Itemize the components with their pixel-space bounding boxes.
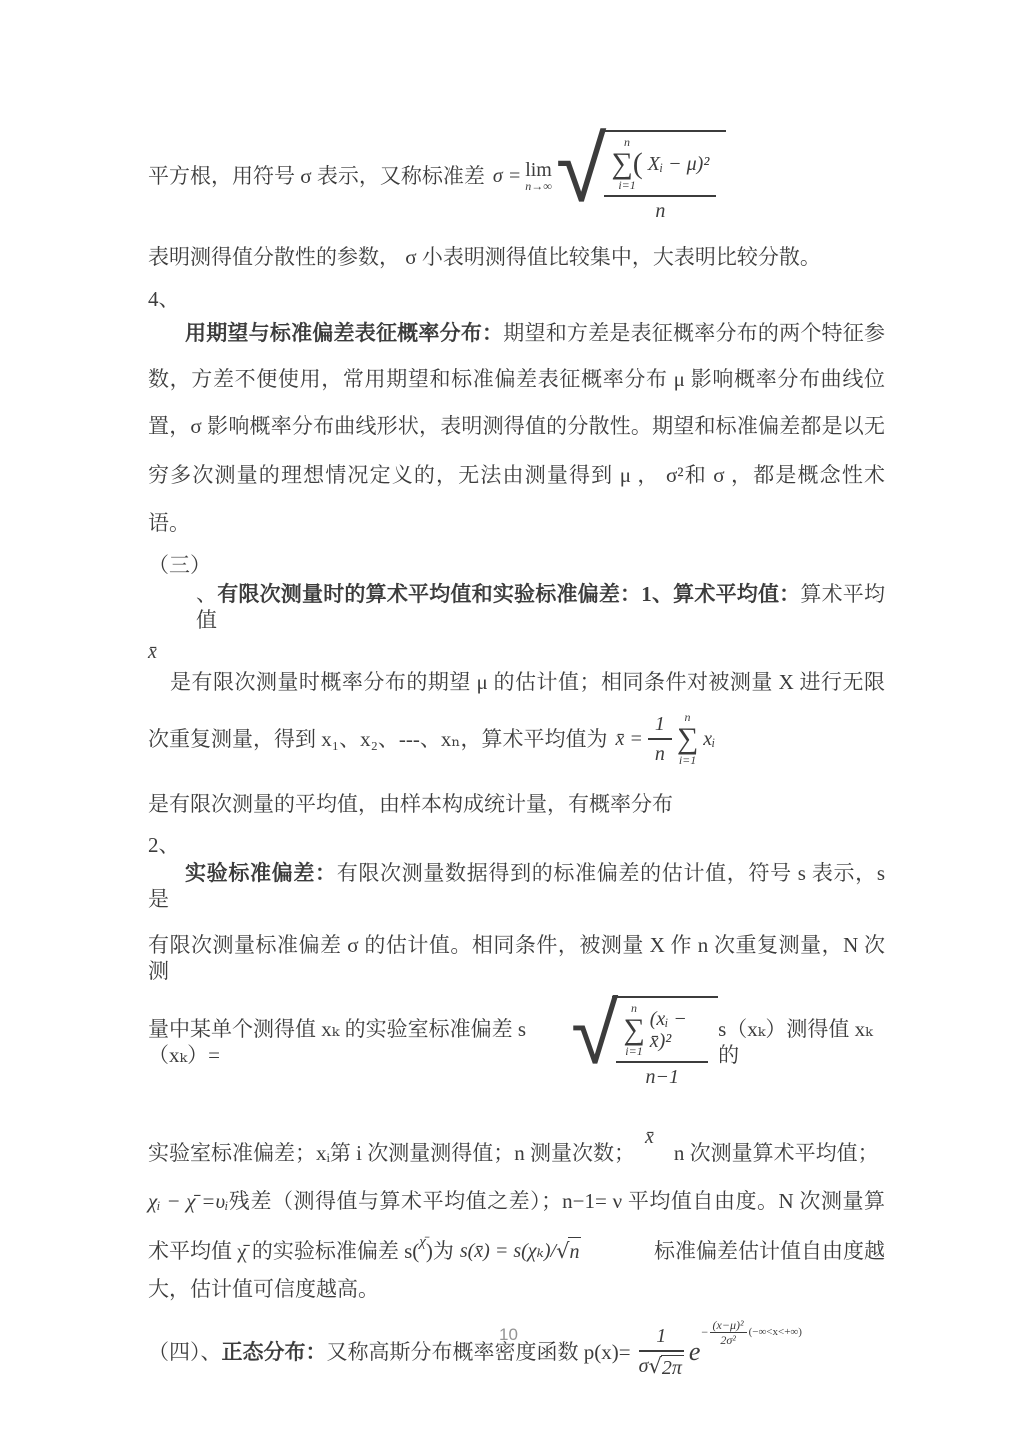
sum-lower-limit: i=1: [679, 754, 696, 767]
heading-bold: 用期望与标准偏差表征概率分布：: [185, 321, 503, 345]
line-paragraph: 置，σ 影响概率分布曲线形状，表明测得值的分散性。期望和标准偏差都是以无: [148, 413, 885, 439]
line-paragraph: 是有限次测量时概率分布的期望 μ 的估计值；相同条件对被测量 X 进行无限: [148, 669, 885, 695]
xbar-raised-symbol: x̄: [645, 1124, 654, 1150]
text-run: 是有限次测量的平均值，由样本构成统计量，有概率分布: [148, 792, 673, 816]
text-run: n 次测量算术平均值；: [674, 1140, 879, 1166]
lim-subscript: n→∞: [525, 180, 552, 192]
formula-lhs: x̄ =: [615, 726, 642, 752]
line-exp-std-heading: 实验标准偏差：有限次测量数据得到的标准偏差的估计值，符号 s 表示，s 是: [148, 860, 885, 912]
list-number: 2、: [148, 833, 180, 857]
text-run: )为: [426, 1238, 454, 1264]
line-sqrt-definition: 平方根，用符号 σ 表示，又称标准差 σ = lim n→∞ √ n ∑: [148, 120, 885, 232]
page-number: 10: [0, 1325, 1017, 1345]
list-number: 4、: [148, 287, 180, 311]
sum-lower-limit: i=1: [618, 179, 635, 192]
radical-sign-icon: √: [571, 996, 618, 1072]
sigma-symbol: σ: [639, 1355, 649, 1379]
chibar-superscript: χ̄: [419, 1229, 426, 1255]
radicand: n: [568, 1237, 581, 1265]
text-run: 语。: [148, 511, 190, 535]
fraction-denominator: σ √ 2π: [639, 1350, 684, 1379]
formula-mean-std: s(x̄) = s(χₖ)/ √ n: [460, 1237, 582, 1265]
sum-argument: xᵢ: [703, 726, 715, 752]
text-run: 表明测得值分散性的参数， σ 小表明测得值比较集中，大表明比较分散。: [148, 245, 821, 269]
fraction-denominator: n: [648, 738, 672, 765]
text-run: 次重复测量，得到 x₁、x₂、---、xₙ，算术平均值为: [148, 726, 607, 752]
text-run: 穷多次测量的理想情况定义的，无法由测量得到 μ ， σ²和 σ ，都是概念性术: [148, 463, 885, 487]
fraction-numerator: 1: [648, 713, 672, 738]
radicand: 2π: [661, 1355, 684, 1379]
fraction: n ∑ i=1 (xᵢ − x̄)² n−1: [616, 1002, 708, 1088]
radicand: n ∑( i=1 Xᵢ − μ)² n: [600, 130, 726, 222]
formula-experimental-std: √ n ∑ i=1 (xᵢ − x̄)² n−1: [571, 996, 718, 1088]
text-run: 实验室标准偏差；xᵢ第 i 次测量测得值；n 测量次数；: [148, 1140, 635, 1166]
formula-lhs: σ =: [493, 163, 521, 189]
section-number: （三）: [148, 553, 211, 577]
residual-math: χᵢ − χ̄ =υᵢ: [148, 1189, 228, 1213]
sigma-icon: ∑: [623, 1015, 644, 1045]
summation-operator: n ∑( i=1: [611, 136, 642, 192]
line-expectation-heading: 用期望与标准偏差表征概率分布：期望和方差是表征概率分布的两个特征参: [148, 320, 885, 346]
text-run: 大，估计值可信度越高。: [148, 1277, 379, 1301]
summation-operator: n ∑ i=1: [623, 1002, 644, 1058]
line-sxk-formula: 量中某单个测得值 xₖ 的实验室标准偏差 s（xₖ）= √ n ∑ i=1: [148, 996, 885, 1088]
line-paragraph: 数，方差不便使用，常用期望和标准偏差表征概率分布 μ 影响概率分布曲线位: [148, 366, 885, 392]
text-run: 数，方差不便使用，常用期望和标准偏差表征概率分布 μ 影响概率分布曲线位: [148, 367, 885, 391]
text-run: 有限次测量标准偏差 σ 的估计值。相同条件，被测量 X 作 n 次重复测量，N …: [148, 933, 885, 983]
radicand: n ∑ i=1 (xᵢ − x̄)² n−1: [612, 996, 718, 1088]
line-xbar-symbol: x̄: [148, 639, 885, 669]
line-mean-std-formula: 术平均值 χ̄ 的实验标准偏差 s( χ̄ )为 s(x̄) = s(χₖ)/ …: [148, 1228, 885, 1274]
radical: √ n ∑ i=1 (xᵢ − x̄)² n−1: [571, 996, 718, 1088]
line-arithmetic-mean-heading: 、有限次测量时的算术平均值和实验标准偏差：1、算术平均值：算术平均值: [148, 581, 885, 633]
text-run: s（xₖ）测得值 xₖ 的: [718, 1016, 885, 1068]
radical-sign-icon: √: [556, 1238, 569, 1264]
sum-argument: Xᵢ − μ)²: [648, 153, 710, 175]
formula-arithmetic-mean: x̄ = 1 n n ∑ i=1 xᵢ: [615, 711, 715, 767]
fraction-denominator: n−1: [616, 1061, 708, 1088]
fraction-numerator: n ∑( i=1 Xᵢ − μ)²: [604, 136, 716, 195]
line-item-2: 2、: [148, 832, 885, 858]
line-paragraph: 穷多次测量的理想情况定义的，无法由测量得到 μ ， σ²和 σ ，都是概念性术: [148, 462, 885, 488]
radical-sign-icon: √: [648, 1355, 661, 1379]
line-residual-definition: χᵢ − χ̄ =υᵢ残差（测得值与算术平均值之差）；n−1= ν 平均值自由度…: [148, 1188, 885, 1214]
radical-sign-icon: √: [556, 130, 607, 210]
text-run: 标准偏差估计值自由度越: [654, 1238, 885, 1264]
document-content: 平方根，用符号 σ 表示，又称标准差 σ = lim n→∞ √ n ∑: [148, 0, 885, 1386]
formula-standard-deviation-limit: σ = lim n→∞ √ n ∑( i=1: [493, 130, 727, 222]
line-symbol-definitions: 实验室标准偏差；xᵢ第 i 次测量测得值；n 测量次数； x̄ n 次测量算术平…: [148, 1118, 885, 1166]
line-section-three: （三）: [148, 552, 885, 578]
fraction-denominator: n: [604, 195, 716, 222]
sum-lower-limit: i=1: [625, 1045, 642, 1058]
text-run: 平方根，用符号 σ 表示，又称标准差: [148, 163, 485, 189]
text-run: 置，σ 影响概率分布曲线形状，表明测得值的分散性。期望和标准偏差都是以无: [148, 414, 885, 438]
limit-operator: lim n→∞: [525, 160, 552, 192]
heading-bold: 有限次测量时的算术平均值和实验标准偏差：1、算术平均值：: [217, 582, 800, 606]
line-paragraph: 有限次测量标准偏差 σ 的估计值。相同条件，被测量 X 作 n 次重复测量，N …: [148, 932, 885, 984]
text-run: 是有限次测量时概率分布的期望 μ 的估计值；相同条件对被测量 X 进行无限: [170, 670, 885, 694]
document-page: 平方根，用符号 σ 表示，又称标准差 σ = lim n→∞ √ n ∑: [0, 0, 1017, 1438]
line-paragraph-end: 语。: [148, 510, 885, 536]
radical: √ n ∑( i=1 Xᵢ − μ)² n: [556, 130, 726, 222]
text-run: 量中某单个测得值 xₖ 的实验室标准偏差 s（xₖ）=: [148, 1016, 563, 1068]
text-run: 术平均值 χ̄ 的实验标准偏差 s(: [148, 1238, 419, 1264]
summation-operator: n ∑ i=1: [677, 711, 698, 767]
formula-body: s(x̄) = s(χₖ)/: [460, 1238, 556, 1264]
text-run: 期望和方差是表征概率分布的两个特征参: [503, 321, 885, 345]
fraction: 1 n: [648, 713, 672, 765]
sum-argument: (xᵢ − x̄)²: [650, 1008, 701, 1052]
sigma-icon: ∑: [677, 724, 698, 754]
heading-bold: 实验标准偏差：: [185, 861, 337, 885]
text-run: 残差（测得值与算术平均值之差）；n−1= ν 平均值自由度。N 次测量算: [228, 1189, 885, 1213]
line-mean-formula: 次重复测量，得到 x₁、x₂、---、xₙ，算术平均值为 x̄ = 1 n n …: [148, 703, 885, 775]
line-paragraph: 是有限次测量的平均值，由样本构成统计量，有概率分布: [148, 791, 885, 817]
fraction-numerator: n ∑ i=1 (xᵢ − x̄)²: [616, 1002, 708, 1061]
line-item-4: 4、: [148, 286, 885, 312]
xbar-symbol: x̄: [148, 641, 157, 663]
line-dispersion-note: 表明测得值分散性的参数， σ 小表明测得值比较集中，大表明比较分散。: [148, 244, 885, 270]
sigma-icon: ∑(: [611, 149, 642, 179]
line-paragraph-end: 大，估计值可信度越高。: [148, 1276, 885, 1302]
lim-label: lim: [525, 160, 552, 180]
text-run: 、: [196, 582, 217, 606]
fraction: n ∑( i=1 Xᵢ − μ)² n: [604, 136, 716, 222]
